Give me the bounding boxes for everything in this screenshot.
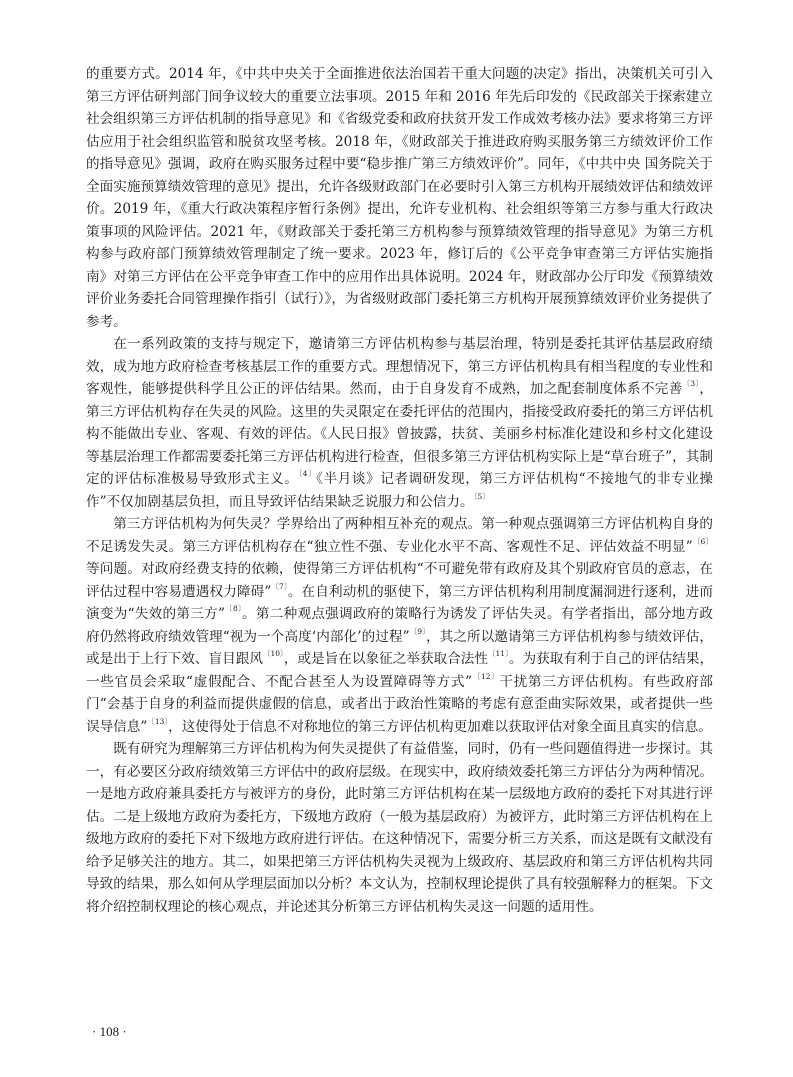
citation-ref: 〔7〕 — [271, 582, 288, 591]
citation-ref: 〔13〕 — [147, 717, 168, 726]
paragraph-text: 既有研究为理解第三方评估机构为何失灵提供了有益借鉴，同时，仍有一些问题值得进一步… — [86, 741, 713, 915]
paragraph-policy-history: 的重要方式。2014 年，《中共中央关于全面推进依法治国若干重大问题的决定》指出… — [86, 63, 713, 333]
citation-ref: 〔4〕 — [298, 469, 316, 478]
article-body: 的重要方式。2014 年，《中共中央关于全面推进依法治国若干重大问题的决定》指出… — [86, 63, 713, 918]
citation-ref: 〔10〕 — [263, 649, 284, 658]
paragraph-text: 在一系列政策的支持与规定下，邀请第三方评估机构参与基层治理，特别是委托其评估基层… — [86, 336, 713, 397]
paragraph-further-questions: 既有研究为理解第三方评估机构为何失灵提供了有益借鉴，同时，仍有一些问题值得进一步… — [86, 738, 713, 918]
citation-ref: 〔8〕 — [225, 604, 242, 613]
citation-ref: 〔5〕 — [474, 492, 490, 501]
paragraph-text: 的重要方式。2014 年，《中共中央关于全面推进依法治国若干重大问题的决定》指出… — [86, 66, 713, 330]
citation-ref: 〔6〕 — [693, 537, 713, 546]
citation-ref: 〔12〕 — [472, 672, 499, 681]
paragraph-text: 第三方评估机构为何失灵？学界给出了两种相互补充的观点。第一种观点强调第三方评估机… — [86, 516, 713, 555]
citation-ref: 〔9〕 — [410, 627, 426, 636]
paragraph-evaluation-failure-risk: 在一系列政策的支持与规定下，邀请第三方评估机构参与基层治理，特别是委托其评估基层… — [86, 333, 713, 513]
paragraph-text: ，或是旨在以象征之举获取合法性 — [284, 651, 488, 667]
page-number: · 108 · — [92, 1024, 127, 1040]
paragraph-two-viewpoints: 第三方评估机构为何失灵？学界给出了两种相互补充的观点。第一种观点强调第三方评估机… — [86, 513, 713, 738]
paragraph-text: ，这使得处于信息不对称地位的第三方评估机构更加难以获取评估对象全面且真实的信息。 — [168, 719, 712, 735]
citation-ref: 〔11〕 — [488, 649, 509, 658]
citation-ref: 〔3〕 — [683, 379, 700, 388]
